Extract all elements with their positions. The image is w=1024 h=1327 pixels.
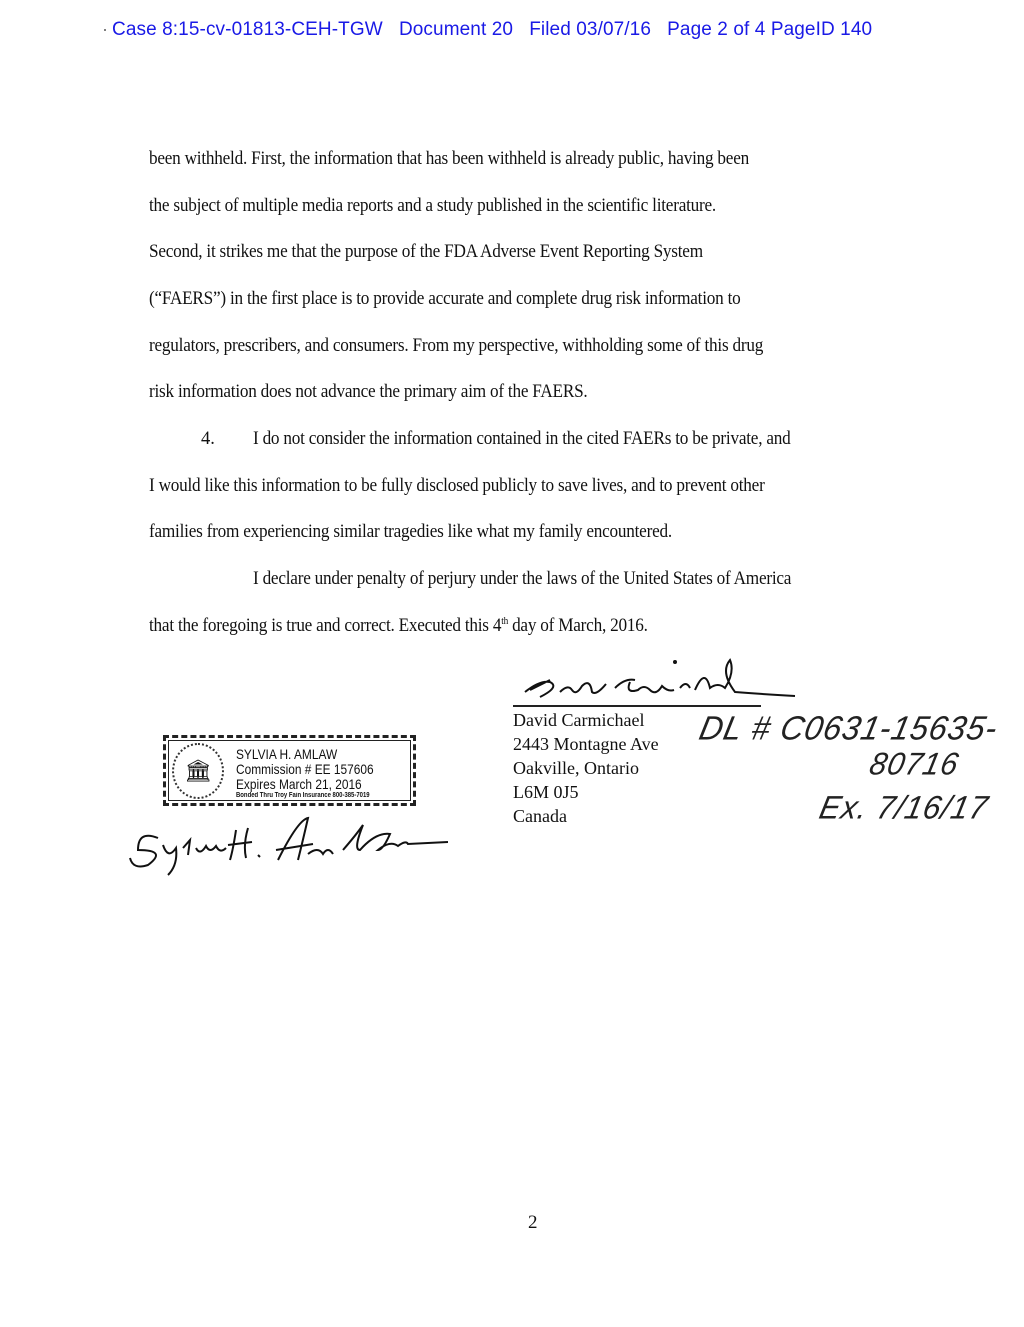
body-line: Second, it strikes me that the purpose o…: [149, 242, 703, 263]
handwritten-dl-number-cont: 80716: [866, 747, 962, 783]
body-line: risk information does not advance the pr…: [149, 382, 587, 403]
notary-expires: Expires March 21, 2016: [236, 776, 362, 792]
body-line: I would like this information to be full…: [149, 476, 765, 497]
scan-artifact-dot: [104, 29, 106, 31]
case-header: Case 8:15-cv-01813-CEH-TGW Document 20 F…: [112, 19, 872, 41]
notary-commission: Commission # EE 157606: [236, 761, 374, 777]
notary-bonded: Bonded Thru Troy Fain Insurance 800-385-…: [236, 792, 370, 799]
signatory-address-street: 2443 Montagne Ave: [513, 732, 659, 756]
page-info: Page 2 of 4 PageID 140: [667, 19, 872, 40]
body-line: been withheld. First, the information th…: [149, 149, 749, 170]
filed-date: Filed 03/07/16: [529, 19, 651, 40]
declaration-line: that the foregoing is true and correct. …: [149, 616, 648, 637]
body-line: I do not consider the information contai…: [253, 429, 790, 450]
signatory-postal-code: L6M 0J5: [513, 780, 579, 804]
body-line: the subject of multiple media reports an…: [149, 196, 716, 217]
signature-david-carmichael: [520, 652, 800, 712]
signatory-country: Canada: [513, 804, 567, 828]
notary-stamp: 🏛 SYLVIA H. AMLAW Commission # EE 157606…: [163, 735, 416, 806]
state-seal-icon: 🏛: [172, 743, 224, 799]
body-line: families from experiencing similar trage…: [149, 522, 672, 543]
signature-notary: [128, 810, 448, 880]
signatory-name: David Carmichael: [513, 708, 644, 732]
body-line: (“FAERS”) in the first place is to provi…: [149, 289, 741, 310]
document-number: Document 20: [399, 19, 513, 40]
page-number: 2: [528, 1212, 538, 1234]
declaration-line: I declare under penalty of perjury under…: [253, 569, 791, 590]
body-line: regulators, prescribers, and consumers. …: [149, 336, 763, 357]
case-number: Case 8:15-cv-01813-CEH-TGW: [112, 19, 383, 40]
signatory-address-city: Oakville, Ontario: [513, 756, 639, 780]
handwritten-dl-number: DL # C0631-15635-: [696, 709, 1002, 748]
paragraph-number: 4.: [201, 429, 215, 450]
signature-line: [513, 705, 761, 707]
notary-name: SYLVIA H. AMLAW: [236, 746, 337, 762]
handwritten-expiry: Ex. 7/16/17: [816, 789, 992, 827]
